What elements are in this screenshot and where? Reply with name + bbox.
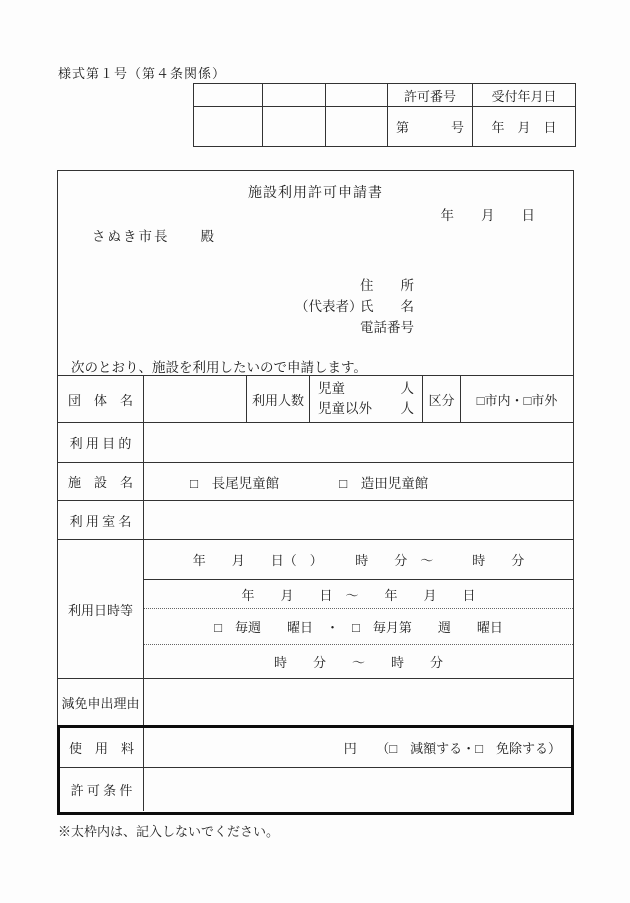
row-group-name: 団 体 名 利用人数 児童 人 児童以外 人 区分 □市内・□市外 — [58, 375, 573, 422]
children-count-line: 児童 人 — [318, 379, 414, 399]
facility-option-nagao: □ 長尾児童館 — [190, 472, 279, 492]
receipt-date-label: 受付年月日 — [473, 84, 576, 107]
fee-label: 使 用 料 — [60, 728, 144, 767]
row-datetime: 利用日時等 年 月 日（ ） 時 分 ～ 時 分 年 月 日 ～ 年 月 日 □… — [58, 539, 573, 678]
number-suffix: 号 — [451, 117, 464, 136]
empty-cell — [194, 107, 263, 147]
children-label: 児童 — [318, 379, 345, 399]
facility-option-zoda: □ 造田児童館 — [339, 472, 428, 492]
contact-prefix-spacer — [295, 275, 360, 296]
permit-number-label: 許可番号 — [388, 84, 473, 107]
empty-cell — [326, 107, 388, 147]
datetime-single-date-line: 年 月 日（ ） 時 分 ～ 時 分 — [144, 540, 573, 580]
addressee-line: さぬき市長 殿 — [58, 226, 573, 247]
contact-block: 住 所 （代表者） 氏 名 電話番号 — [295, 275, 573, 338]
datetime-hours-line: 時 分 ～ 時 分 — [144, 645, 573, 678]
permit-number-value-cell: 第 号 — [388, 107, 473, 147]
receipt-date-value-cell: 年 月 日 — [473, 107, 576, 147]
footnote: ※太枠内は、記入しないでください。 — [58, 821, 279, 840]
room-value-cell — [144, 501, 573, 539]
non-children-unit: 人 — [401, 399, 415, 419]
office-use-thick-box: 使 用 料 円 （□ 減額する・□ 免除する） 許 可 条 件 — [57, 725, 574, 815]
category-label: 区分 — [423, 376, 461, 422]
name-label: 氏 名 — [360, 296, 414, 317]
row-facility: 施 設 名 □ 長尾児童館 □ 造田児童館 — [58, 462, 573, 500]
header-table-row-labels: 許可番号 受付年月日 — [194, 84, 576, 107]
contact-name-row: （代表者） 氏 名 — [295, 296, 573, 317]
phone-label: 電話番号 — [360, 317, 414, 338]
contact-address-row: 住 所 — [295, 275, 573, 296]
purpose-value-cell — [144, 423, 573, 462]
exemption-value-cell — [144, 679, 573, 725]
empty-cell — [263, 107, 326, 147]
facility-label: 施 設 名 — [58, 463, 144, 500]
application-date-line: 年 月 日 — [58, 205, 573, 226]
representative-prefix: （代表者） — [295, 296, 360, 317]
empty-cell — [326, 84, 388, 107]
contact-prefix-spacer — [295, 317, 360, 338]
contact-phone-row: 電話番号 — [295, 317, 573, 338]
facility-options-cell: □ 長尾児童館 □ 造田児童館 — [144, 463, 573, 500]
users-count-breakdown-cell: 児童 人 児童以外 人 — [310, 376, 423, 422]
permit-header-table: 許可番号 受付年月日 第 号 年 月 日 — [193, 83, 576, 147]
application-header-area: 施設利用許可申請書 年 月 日 さぬき市長 殿 住 所 （代表者） 氏 名 電話… — [58, 171, 573, 375]
purpose-label: 利 用 目 的 — [58, 423, 144, 462]
conditions-value-cell — [144, 768, 571, 811]
row-exemption: 減免申出理由 — [58, 678, 573, 725]
conditions-label: 許 可 条 件 — [60, 768, 144, 811]
empty-cell — [194, 84, 263, 107]
row-room: 利 用 室 名 — [58, 500, 573, 539]
row-conditions: 許 可 条 件 — [60, 768, 571, 811]
application-form-page: 様式第１号（第４条関係） 許可番号 受付年月日 第 号 年 月 日 — [0, 0, 630, 903]
datetime-period-line: 年 月 日 ～ 年 月 日 — [144, 580, 573, 609]
datetime-label: 利用日時等 — [58, 540, 144, 678]
non-children-count-line: 児童以外 人 — [318, 399, 414, 419]
datetime-content: 年 月 日（ ） 時 分 ～ 時 分 年 月 日 ～ 年 月 日 □ 毎週 曜日… — [144, 540, 573, 678]
datetime-recurrence-line: □ 毎週 曜日 ・ □ 毎月第 週 曜日 — [144, 609, 573, 645]
page-title: 施設利用許可申請書 — [58, 183, 573, 205]
application-main-box: 施設利用許可申請書 年 月 日 さぬき市長 殿 住 所 （代表者） 氏 名 電話… — [57, 170, 574, 725]
room-label: 利 用 室 名 — [58, 501, 144, 539]
group-name-value-cell — [144, 376, 247, 422]
fee-value-cell: 円 （□ 減額する・□ 免除する） — [144, 728, 571, 767]
row-fee: 使 用 料 円 （□ 減額する・□ 免除する） — [60, 728, 571, 768]
category-options: □市内・□市外 — [461, 376, 573, 422]
address-label: 住 所 — [360, 275, 414, 296]
children-unit: 人 — [401, 379, 415, 399]
exemption-label: 減免申出理由 — [58, 679, 144, 725]
non-children-label: 児童以外 — [318, 399, 372, 419]
users-count-label: 利用人数 — [247, 376, 310, 422]
number-prefix: 第 — [396, 117, 409, 136]
form-number: 様式第１号（第４条関係） — [58, 63, 226, 82]
group-name-label: 団 体 名 — [58, 376, 144, 422]
header-table-row-values: 第 号 年 月 日 — [194, 107, 576, 147]
empty-cell — [263, 84, 326, 107]
row-purpose: 利 用 目 的 — [58, 422, 573, 462]
